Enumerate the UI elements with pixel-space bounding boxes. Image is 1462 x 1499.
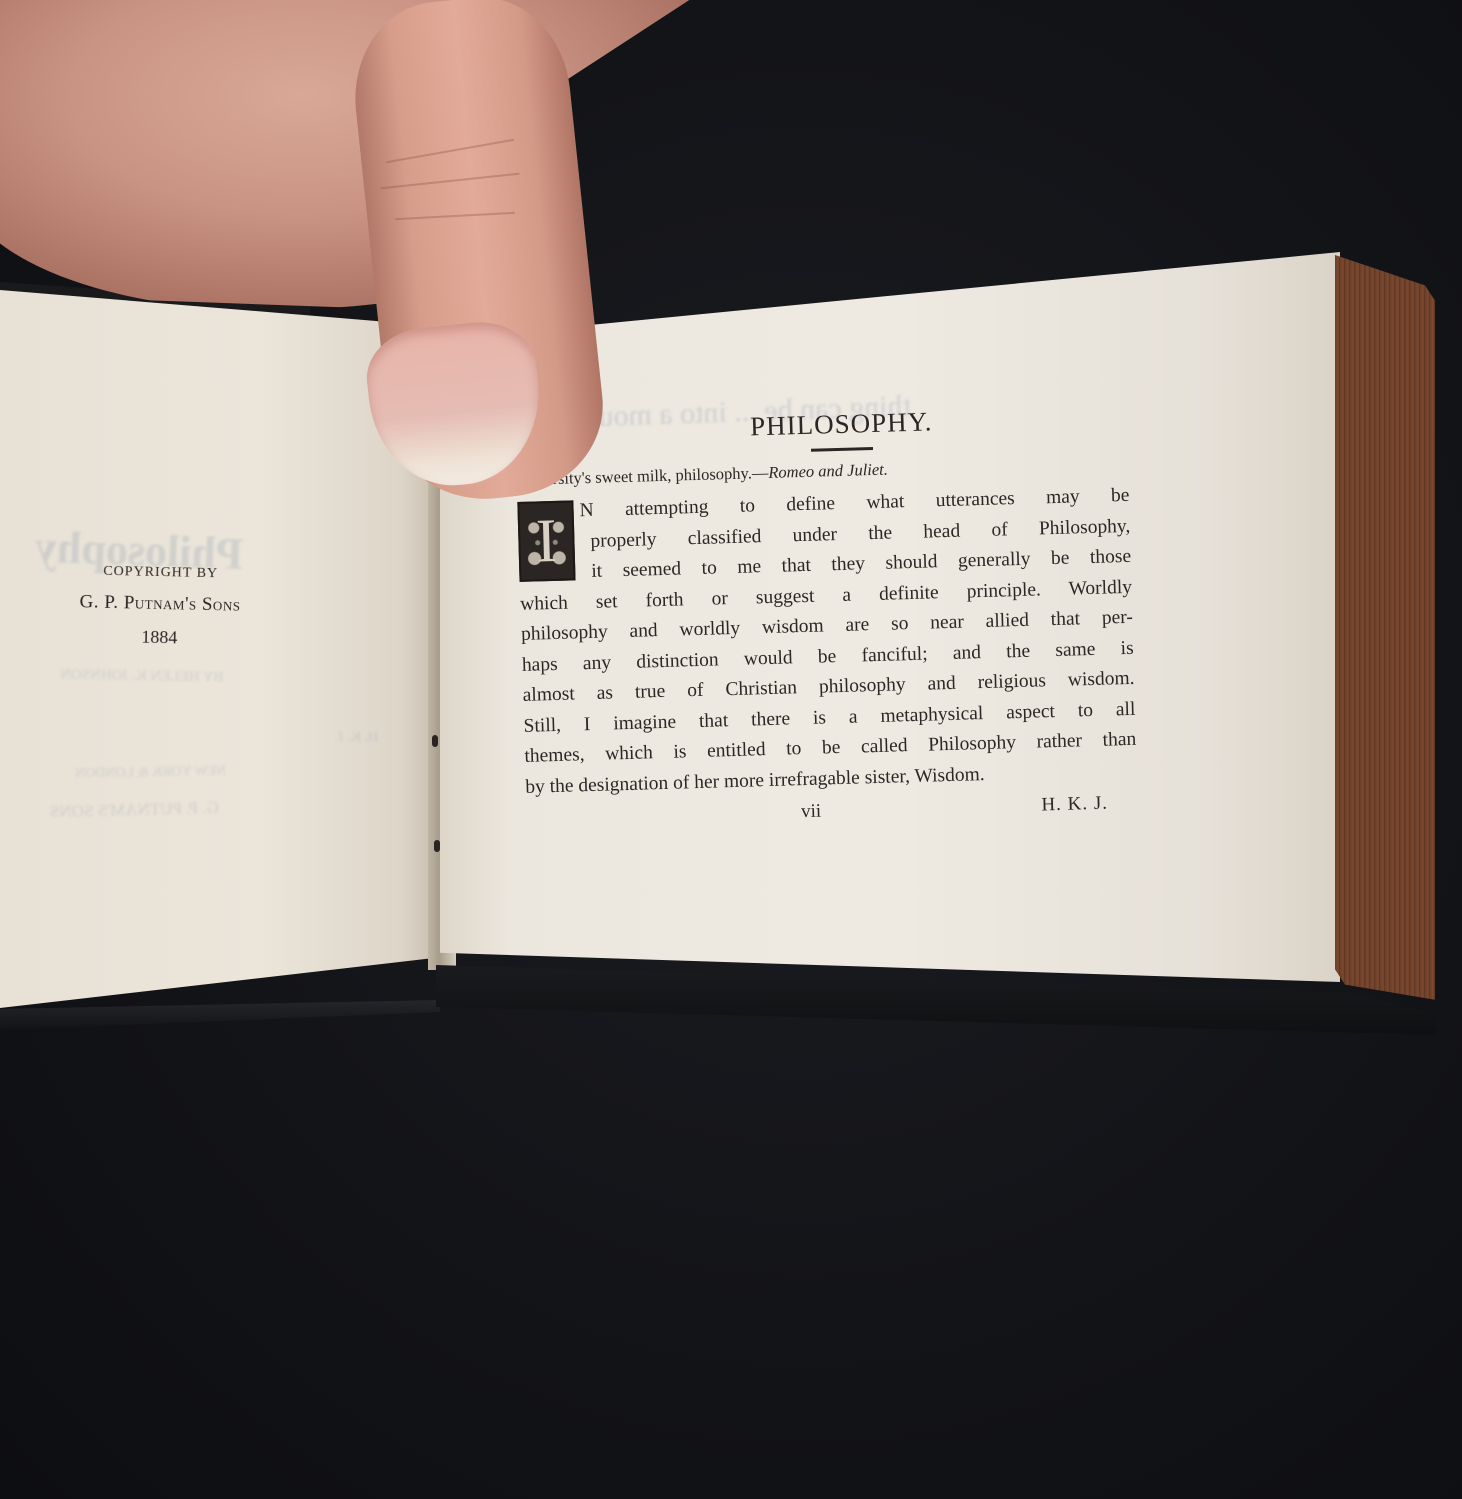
- gutter-stitch-mark: [434, 840, 440, 852]
- preface-body: I N attempting to define what utterances…: [517, 481, 1137, 803]
- ornamental-drop-cap: I: [517, 500, 575, 582]
- gutter-stitch-mark: [432, 735, 438, 747]
- left-page-show-through-author: BY HELEN K. JOHNSON: [60, 667, 224, 687]
- page-number: vii: [801, 801, 822, 824]
- epigraph-dash: —: [752, 463, 769, 482]
- left-page-show-through-imprint: NEW YORK & LONDON: [75, 764, 227, 783]
- drop-cap-letter: I: [535, 510, 557, 573]
- left-cover-bottom-edge: [0, 1000, 440, 1030]
- author-initials: H. K. J.: [1041, 793, 1108, 817]
- left-page-show-through-initials: H. K. J.: [335, 730, 378, 746]
- copyright-notice: COPYRIGHT BY G. P. Putnam's Sons 1884: [29, 562, 291, 650]
- preface-text-block: PHILOSOPHY. Adversity's sweet milk, phil…: [515, 401, 1139, 839]
- epigraph-source: Romeo and Juliet.: [768, 460, 888, 482]
- gilt-page-edges: [1335, 255, 1435, 1015]
- copyright-publisher: G. P. Putnam's Sons: [30, 590, 290, 617]
- open-book: Philosophy BY HELEN K. JOHNSON H. K. J. …: [0, 0, 1462, 1499]
- heading-rule-divider: [811, 447, 873, 452]
